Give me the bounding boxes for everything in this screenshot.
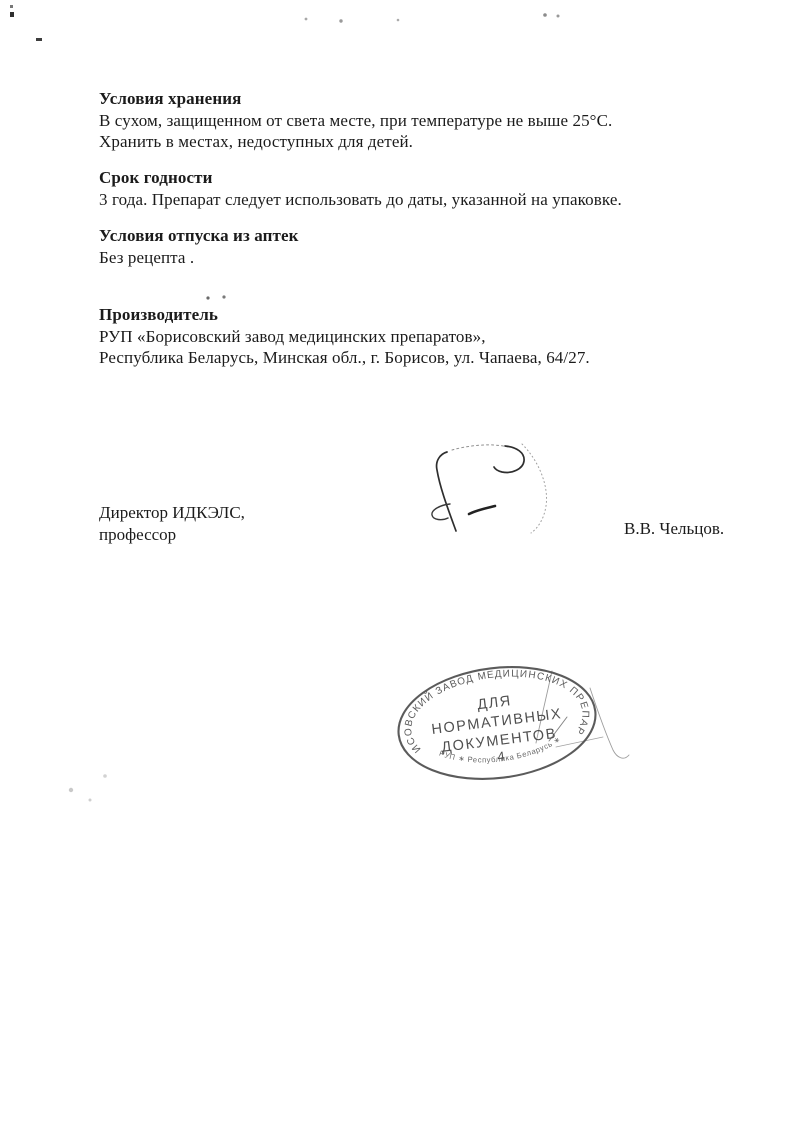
section-storage-conditions: Условия хранения В сухом, защищенном от … bbox=[99, 88, 612, 153]
body-line: Республика Беларусь, Минская обл., г. Бо… bbox=[99, 347, 590, 369]
body-line: 3 года. Препарат следует использовать до… bbox=[99, 189, 622, 211]
factory-oval-stamp: • БОРИСОВСКИЙ ЗАВОД МЕДИЦИНСКИХ ПРЕПАРАТ… bbox=[385, 648, 615, 808]
handwritten-signature bbox=[432, 444, 547, 533]
section-dispensing-conditions: Условия отпуска из аптек Без рецепта . bbox=[99, 225, 299, 268]
body-line: В сухом, защищенном от света месте, при … bbox=[99, 110, 612, 132]
signatory-role-line: Директор ИДКЭЛС, bbox=[99, 502, 245, 524]
stamp-center-number: 4 bbox=[497, 748, 506, 764]
scanned-document-page: Условия хранения В сухом, защищенном от … bbox=[0, 0, 800, 1131]
section-manufacturer: Производитель РУП «Борисовский завод мед… bbox=[99, 304, 590, 369]
section-heading: Условия отпуска из аптек bbox=[99, 225, 299, 247]
signatory-role-line: профессор bbox=[99, 524, 245, 546]
stamp-center-line: ДЛЯ bbox=[476, 693, 512, 713]
body-line: Хранить в местах, недоступных для детей. bbox=[99, 131, 612, 153]
section-heading: Условия хранения bbox=[99, 88, 612, 110]
body-line: РУП «Борисовский завод медицинских препа… bbox=[99, 326, 590, 348]
signatory-role: Директор ИДКЭЛС, профессор bbox=[99, 502, 245, 546]
section-shelf-life: Срок годности 3 года. Препарат следует и… bbox=[99, 167, 622, 210]
body-line: Без рецепта . bbox=[99, 247, 299, 269]
signatory-name: В.В. Чельцов. bbox=[624, 519, 724, 539]
section-heading: Срок годности bbox=[99, 167, 622, 189]
section-heading: Производитель bbox=[99, 304, 590, 326]
